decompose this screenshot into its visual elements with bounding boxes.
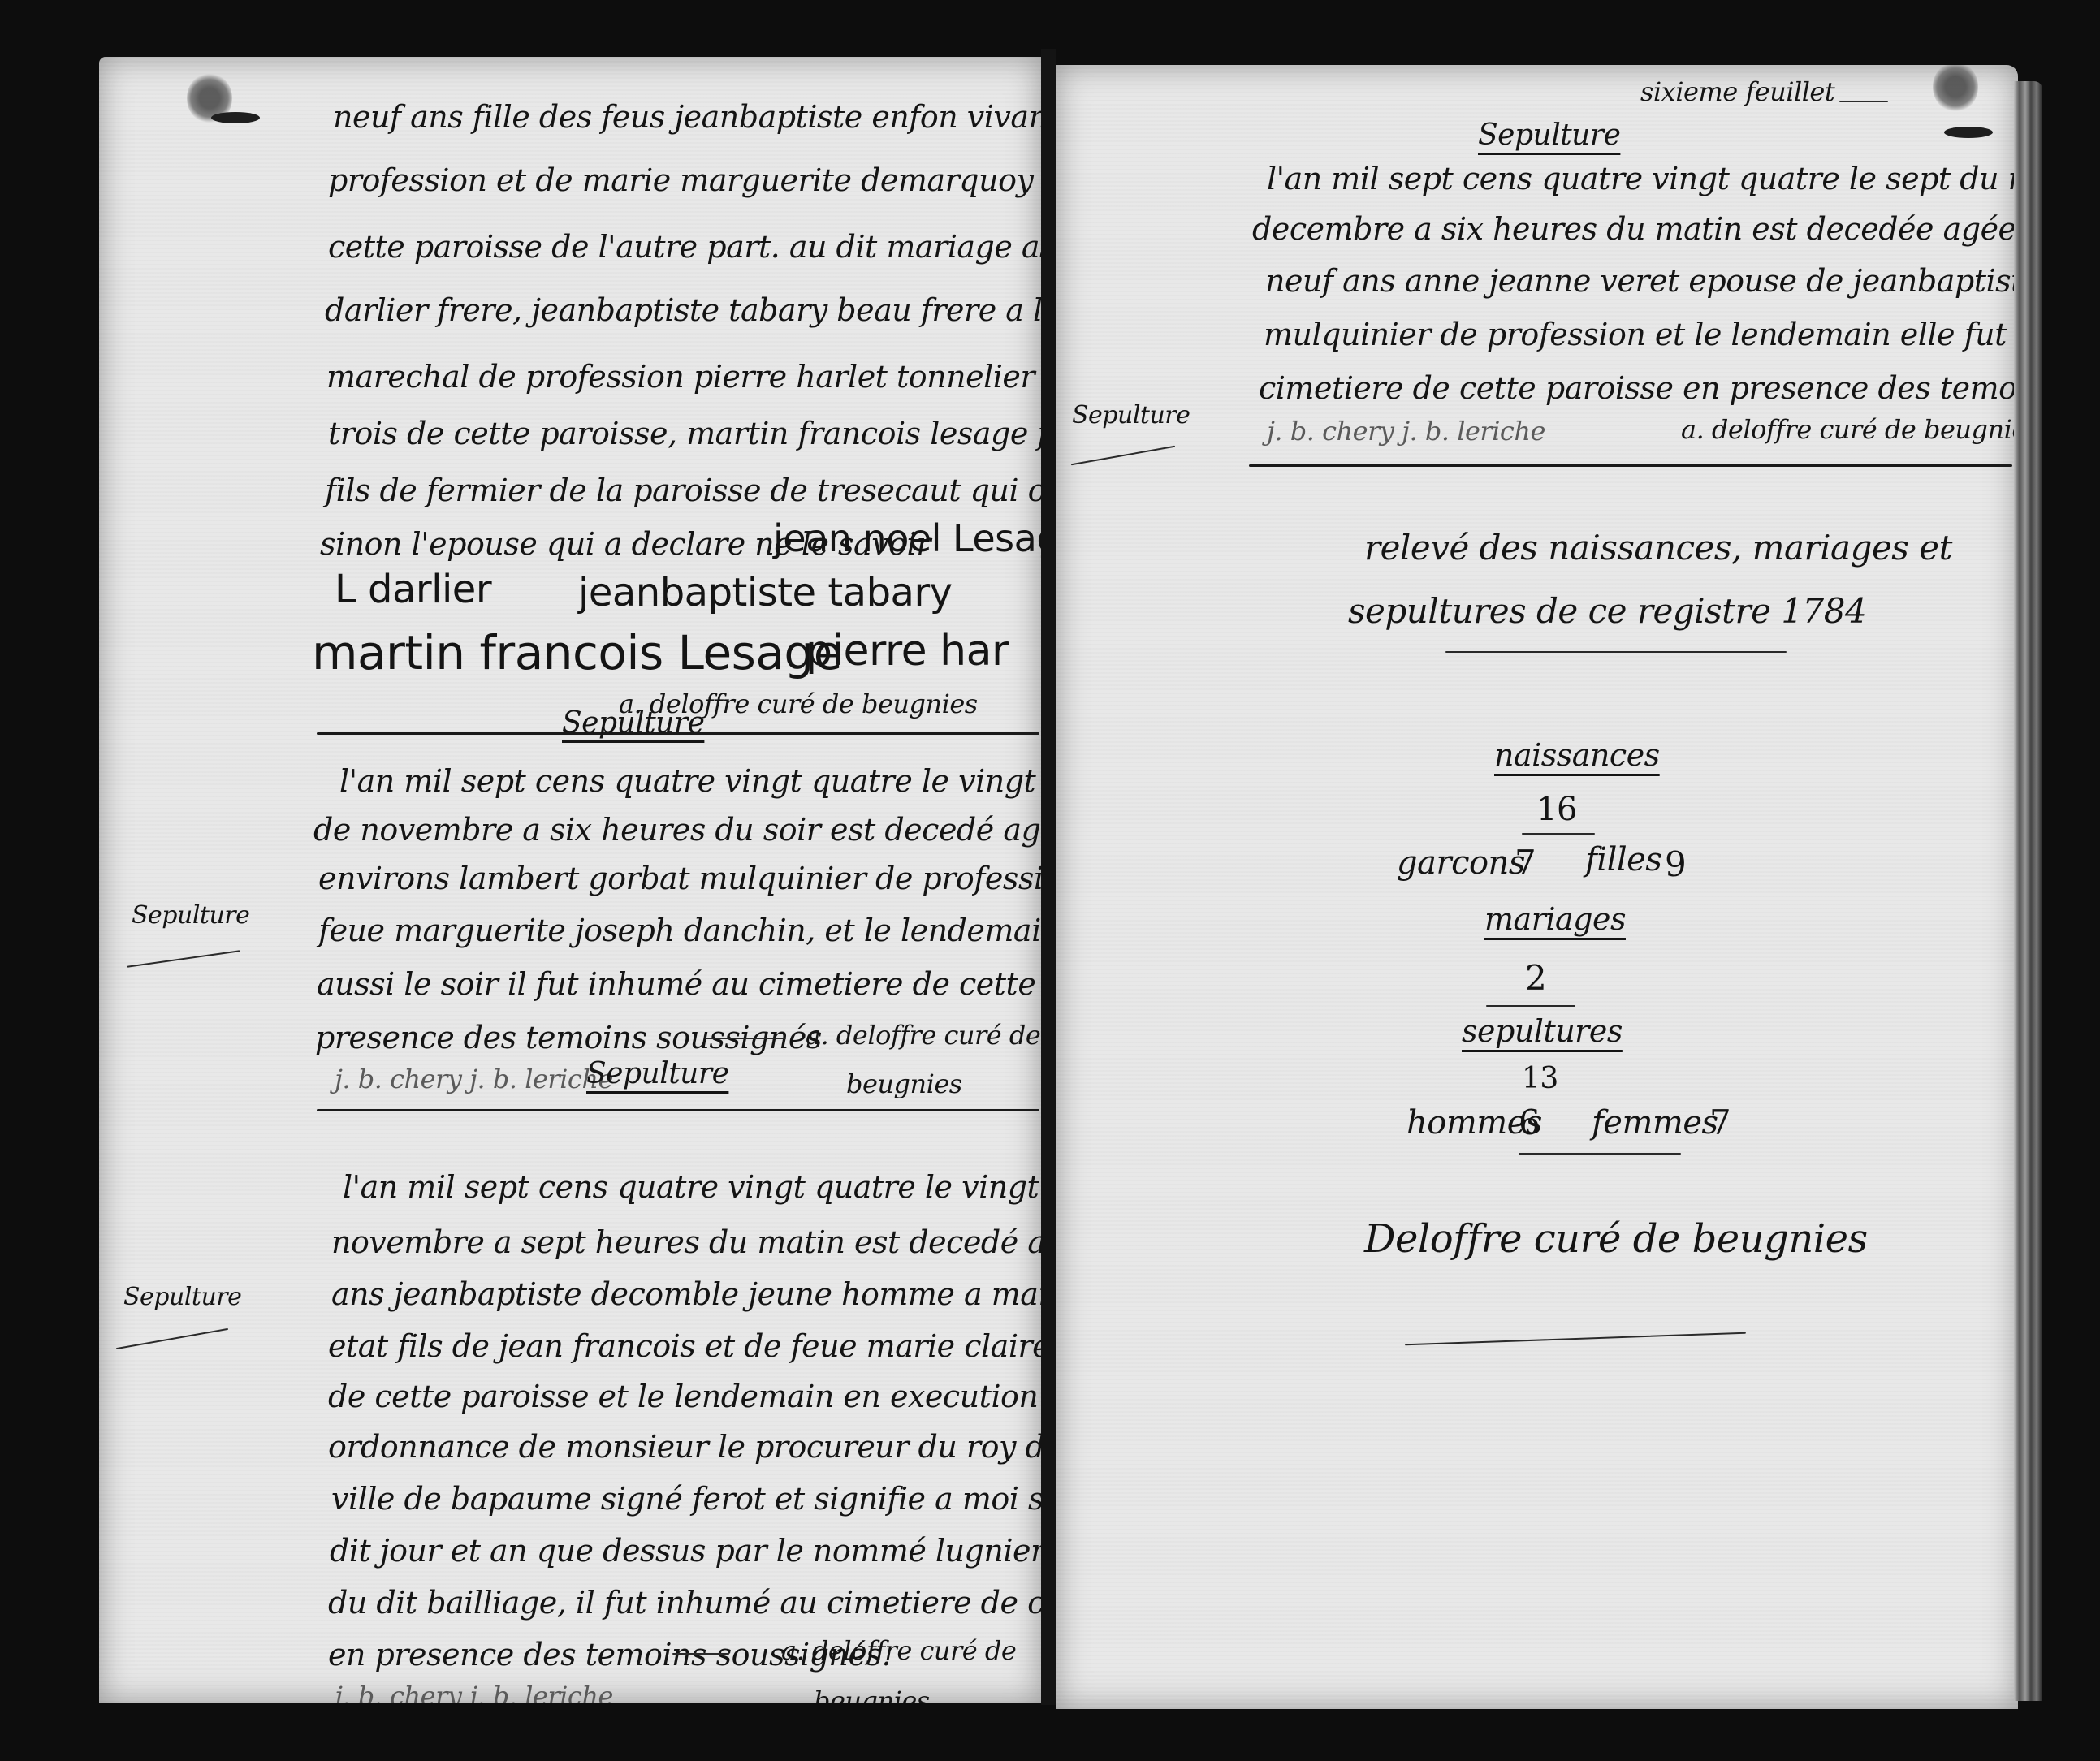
marriages-label: mariages [1484, 901, 1626, 937]
signature-martin-francois-lesage: martin francois Lesage [312, 625, 842, 680]
ink-blot [1944, 127, 1993, 138]
signature-cure-parish: beugnies [846, 1068, 962, 1099]
signature-cure: a. deloffre curé de [806, 1020, 1040, 1051]
margin-note: Sepulture [123, 1283, 241, 1311]
margin-note-underline [1071, 446, 1175, 466]
boys-count: 7 [1515, 843, 1536, 883]
summary-title: sepultures de ce registre 1784 [1348, 591, 1866, 631]
text-line: cette paroisse de l'autre part. au dit m… [328, 229, 1041, 265]
burials-label: sepultures [1462, 1013, 1623, 1049]
text-line: l'an mil sept cens quatre vingt quatre l… [339, 763, 1041, 799]
dash-line [705, 1038, 786, 1039]
burials-underline [1519, 1153, 1681, 1155]
text-line: environs lambert gorbat mulquinier de pr… [318, 861, 1041, 896]
divider [317, 1109, 1039, 1111]
text-line: marechal de profession pierre harlet ton… [326, 359, 1041, 395]
left-page: neuf ans fille des feus jeanbaptiste enf… [99, 57, 1041, 1703]
text-line: profession et de marie marguerite demarq… [328, 162, 1041, 198]
signature-pierre-harlet: pierre har [806, 627, 1009, 675]
text-line: mulquinier de profession et le lendemain… [1264, 317, 2018, 352]
text-line: feue marguerite joseph danchin, et le le… [318, 913, 1041, 948]
entry-heading: Sepulture [562, 706, 704, 740]
text-line: ordonnance de monsieur le procureur du r… [328, 1429, 1041, 1465]
text-line: aussi le soir il fut inhumé au cimetiere… [317, 966, 1041, 1002]
book-gutter [1041, 49, 1056, 1705]
burials-total: 13 [1522, 1062, 1558, 1095]
signature-l-darlier: L darlier [335, 567, 491, 612]
margin-note-underline [116, 1328, 228, 1349]
girls-label: filles [1585, 841, 1661, 878]
text-line: de cette paroisse et le lendemain en exe… [328, 1379, 1041, 1414]
folio-label: sixieme feuillet [1640, 76, 1834, 107]
births-underline [1522, 833, 1595, 835]
folio-line [1839, 101, 1888, 102]
divider [1249, 464, 2012, 467]
signature-cure: a. deloffre curé de [781, 1635, 1016, 1666]
signature-witnesses: j. b. chery j. b. leriche [335, 1064, 613, 1094]
dash-line [672, 1653, 729, 1655]
ink-stamp-icon [1933, 65, 1978, 112]
margin-note-underline [127, 950, 240, 967]
text-line: darlier frere, jeanbaptiste tabary beau … [325, 292, 1041, 328]
text-line: l'an mil sept cens quatre vingt quatre l… [1267, 161, 2018, 196]
margin-note: Sepulture [132, 901, 249, 930]
text-line: neuf ans anne jeanne veret epouse de jea… [1265, 263, 2018, 299]
signature-jean-noel-lesage: jean noel Lesag [773, 516, 1041, 560]
boys-label: garcons [1397, 844, 1525, 882]
signature-flourish [1405, 1332, 1746, 1346]
signature-jeanbaptiste-tabary: jeanbaptiste tabary [578, 570, 953, 615]
text-line: cimetiere de cette paroisse en presence … [1259, 370, 2018, 406]
text-line: fils de fermier de la paroisse de tresec… [325, 473, 1041, 508]
text-line: du dit bailliage, il fut inhumé au cimet… [328, 1585, 1041, 1621]
page-stack-edge [2014, 81, 2042, 1701]
signature-cure-deloffre: Deloffre curé de beugnies [1364, 1216, 1868, 1262]
signature-cure-parish: beugnies [814, 1685, 930, 1703]
text-line: ans jeanbaptiste decomble jeune homme a … [331, 1276, 1041, 1312]
text-line: trois de cette paroisse, martin francois… [328, 416, 1041, 451]
text-line: neuf ans fille des feus jeanbaptiste enf… [333, 99, 1041, 135]
ink-blot [211, 112, 260, 123]
women-count: 7 [1709, 1103, 1731, 1142]
marriages-total: 2 [1525, 958, 1546, 998]
text-line: l'an mil sept cens quatre vingt quatre l… [343, 1169, 1041, 1205]
text-line: novembre a sept heures du matin est dece… [331, 1224, 1041, 1260]
summary-title: relevé des naissances, mariages et [1364, 528, 1952, 568]
marriages-underline [1486, 1005, 1575, 1007]
title-underline [1445, 651, 1787, 653]
right-page: sixieme feuillet Sepulture Sepulture l'a… [1056, 65, 2018, 1709]
girls-count: 9 [1665, 844, 1686, 884]
births-total: 16 [1536, 791, 1577, 828]
text-line: etat fils de jean francois et de feue ma… [328, 1328, 1041, 1364]
signature-witnesses: j. b. chery j. b. leriche [335, 1681, 613, 1703]
signature-witnesses: j. b. chery j. b. leriche [1267, 416, 1545, 447]
entry-heading: Sepulture [1478, 119, 1620, 152]
women-label: femmes [1592, 1104, 1718, 1142]
men-count: 6 [1519, 1103, 1540, 1142]
text-line: dit jour et an que dessus par le nommé l… [330, 1533, 1041, 1569]
margin-note: Sepulture [1072, 401, 1190, 429]
entry-heading: Sepulture [586, 1057, 728, 1090]
text-line: ville de bapaume signé ferot et signifie… [331, 1481, 1041, 1517]
signature-cure: a. deloffre curé de beugnies [1681, 414, 2018, 445]
text-line: de novembre a six heures du soir est dec… [313, 812, 1041, 848]
births-label: naissances [1494, 737, 1660, 773]
text-line: decembre a six heures du matin est deced… [1252, 211, 2018, 247]
